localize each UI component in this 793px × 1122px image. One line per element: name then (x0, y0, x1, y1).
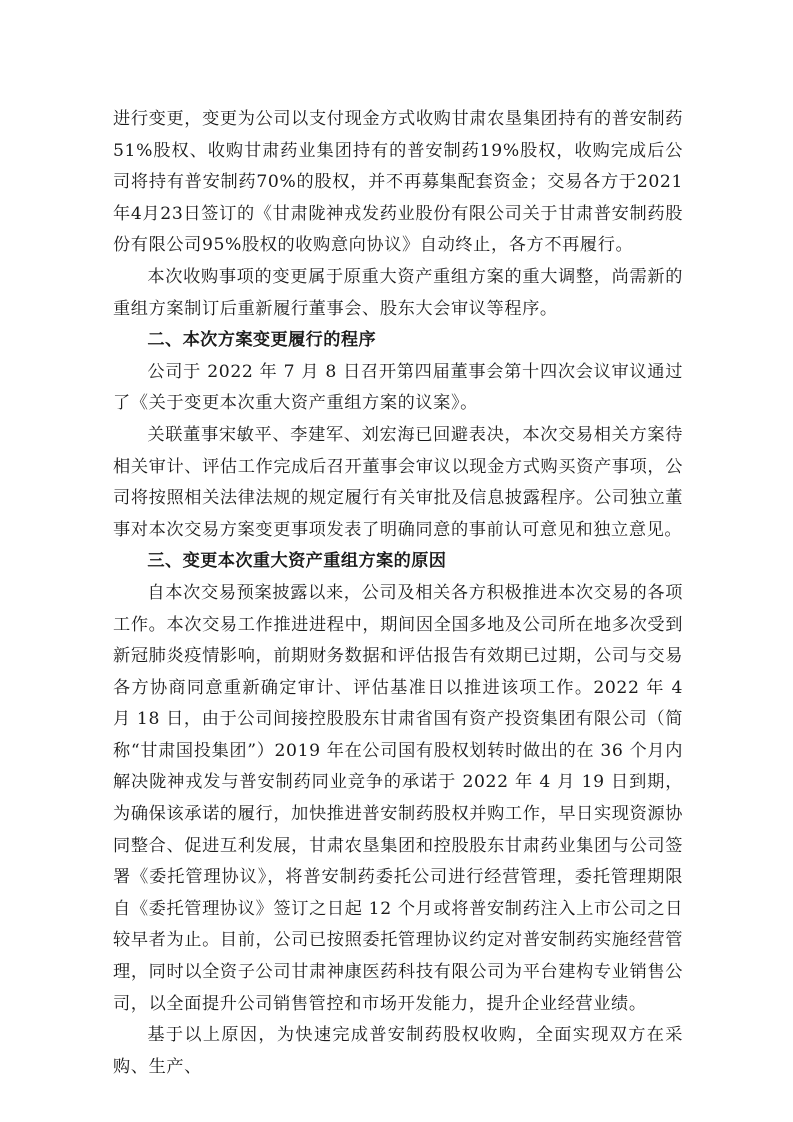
paragraph-reasons-detail: 自本次交易预案披露以来，公司及相关各方积极推进本次交易的各项工作。本次交易工作推… (113, 578, 683, 1020)
paragraph-board-meeting: 公司于 2022 年 7 月 8 日召开第四届董事会第十四次会议审议通过了《关于… (113, 357, 683, 420)
paragraph-related-directors: 关联董事宋敏平、李建军、刘宏海已回避表决，本次交易相关方案待相关审计、评估工作完… (113, 420, 683, 546)
section-heading-reasons: 三、变更本次重大资产重组方案的原因 (113, 546, 683, 578)
paragraph-plan-change: 进行变更，变更为公司以支付现金方式收购甘肃农垦集团持有的普安制药51%股权、收购… (113, 104, 683, 262)
paragraph-conclusion-start: 基于以上原因，为快速完成普安制药股权收购，全面实现双方在采购、生产、 (113, 1020, 683, 1083)
paragraph-major-adjustment: 本次收购事项的变更属于原重大资产重组方案的重大调整，尚需新的重组方案制订后重新履… (113, 262, 683, 325)
section-heading-procedure: 二、本次方案变更履行的程序 (113, 325, 683, 357)
document-page: 进行变更，变更为公司以支付现金方式收购甘肃农垦集团持有的普安制药51%股权、收购… (113, 104, 683, 1083)
